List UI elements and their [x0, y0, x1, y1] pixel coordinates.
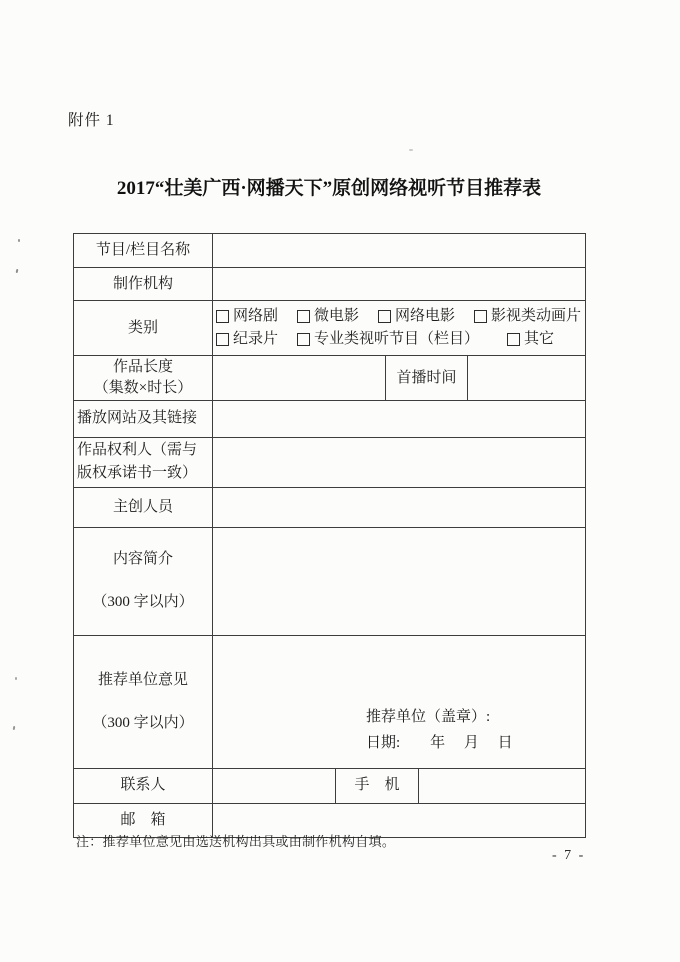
- creators-label: 主创人员: [74, 487, 213, 527]
- synopsis-value-cell: [213, 527, 586, 635]
- contact-value-cell: [213, 768, 336, 803]
- option-film-animation: 影视类动画片: [474, 305, 581, 328]
- website-value-cell: [213, 401, 586, 438]
- row-program-name: 节目/栏目名称: [74, 234, 586, 268]
- scan-artifact: [16, 269, 19, 273]
- date-line: 日期: 年 月 日: [366, 730, 513, 756]
- scan-artifact: [409, 149, 413, 151]
- premiere-label: 首播时间: [386, 356, 468, 401]
- checkbox-icon: [507, 333, 520, 346]
- producer-label: 制作机构: [74, 268, 213, 301]
- program-name-label: 节目/栏目名称: [74, 234, 213, 268]
- row-rights-holder: 作品权利人（需与 版权承诺书一致）: [74, 438, 586, 488]
- category-options-cell: 网络剧 微电影 网络电影 影视类动画片 纪录片 专业类视听节目（栏目） 其它: [213, 301, 586, 356]
- mobile-value-cell: [419, 768, 586, 803]
- contact-label: 联系人: [74, 768, 213, 803]
- stamp-and-date-block: 推荐单位（盖章）: 日期: 年 月 日: [366, 704, 513, 757]
- mobile-label: 手 机: [336, 768, 419, 803]
- recommendation-form-table: 节目/栏目名称 制作机构 类别 网络剧 微电影 网络电影 影视类动画片: [73, 233, 586, 838]
- synopsis-label-line2: （300 字以内）: [92, 592, 193, 613]
- category-label: 类别: [74, 301, 213, 356]
- option-label: 专业类视听节目（栏目）: [314, 328, 479, 351]
- page-number: - 7 -: [552, 848, 585, 864]
- option-web-movie: 网络电影: [378, 305, 455, 328]
- website-label: 播放网站及其链接: [74, 401, 213, 438]
- row-category: 类别 网络剧 微电影 网络电影 影视类动画片 纪录片 专业类视听节目（栏目） 其…: [74, 301, 586, 356]
- option-documentary: 纪录片: [216, 328, 278, 351]
- document-title: 2017“壮美广西·网播天下”原创网络视听节目推荐表: [73, 173, 585, 200]
- attachment-label: 附件 1: [68, 108, 115, 130]
- producer-value-cell: [213, 268, 586, 301]
- checkbox-icon: [216, 333, 229, 346]
- option-label: 微电影: [314, 305, 359, 328]
- option-other: 其它: [507, 328, 554, 351]
- checkbox-icon: [378, 310, 391, 323]
- creators-value-cell: [213, 487, 586, 527]
- premiere-value-cell: [468, 356, 586, 401]
- synopsis-label: 内容简介 （300 字以内）: [74, 527, 213, 635]
- option-professional-program: 专业类视听节目（栏目）: [297, 328, 479, 351]
- recommendation-label: 推荐单位意见 （300 字以内）: [74, 635, 213, 768]
- recommendation-label-line2: （300 字以内）: [92, 713, 193, 734]
- checkbox-icon: [297, 333, 310, 346]
- scan-artifact: [13, 726, 16, 730]
- category-options-line2: 纪录片 专业类视听节目（栏目） 其它: [216, 328, 582, 351]
- scanned-document-page: 附件 1 2017“壮美广西·网播天下”原创网络视听节目推荐表 节目/栏目名称 …: [0, 0, 680, 962]
- recommendation-label-line1: 推荐单位意见: [98, 670, 188, 691]
- option-label: 网络电影: [395, 305, 455, 328]
- option-label: 影视类动画片: [491, 305, 581, 328]
- scan-artifact: [15, 677, 17, 680]
- program-name-value-cell: [213, 234, 586, 268]
- rights-label-line1: 作品权利人（需与: [77, 439, 209, 462]
- synopsis-label-line1: 内容简介: [113, 549, 173, 570]
- stamp-line: 推荐单位（盖章）:: [366, 704, 513, 730]
- rights-label-line2: 版权承诺书一致）: [77, 462, 209, 485]
- option-label: 其它: [524, 328, 554, 351]
- option-label: 纪录片: [233, 328, 278, 351]
- row-synopsis: 内容简介 （300 字以内）: [74, 527, 586, 635]
- option-web-drama: 网络剧: [216, 305, 278, 328]
- category-options-line1: 网络剧 微电影 网络电影 影视类动画片: [216, 305, 582, 328]
- row-producer: 制作机构: [74, 268, 586, 301]
- option-micro-film: 微电影: [297, 305, 359, 328]
- length-label-line2: （集数×时长）: [77, 378, 209, 399]
- rights-holder-label: 作品权利人（需与 版权承诺书一致）: [74, 438, 213, 488]
- scan-artifact: [18, 239, 20, 242]
- recommendation-value-cell: 推荐单位（盖章）: 日期: 年 月 日: [213, 635, 586, 768]
- checkbox-icon: [216, 310, 229, 323]
- rights-holder-value-cell: [213, 438, 586, 488]
- option-label: 网络剧: [233, 305, 278, 328]
- row-contact: 联系人 手 机: [74, 768, 586, 803]
- length-label: 作品长度 （集数×时长）: [74, 356, 213, 401]
- footnote: 注：推荐单位意见由选送机构出具或由制作机构自填。: [76, 831, 395, 850]
- row-creators: 主创人员: [74, 487, 586, 527]
- length-value-cell: [213, 356, 386, 401]
- row-website: 播放网站及其链接: [74, 401, 586, 438]
- row-recommendation-opinion: 推荐单位意见 （300 字以内） 推荐单位（盖章）: 日期: 年 月 日: [74, 635, 586, 768]
- row-length: 作品长度 （集数×时长） 首播时间: [74, 356, 586, 401]
- checkbox-icon: [474, 310, 487, 323]
- checkbox-icon: [297, 310, 310, 323]
- length-label-line1: 作品长度: [77, 357, 209, 378]
